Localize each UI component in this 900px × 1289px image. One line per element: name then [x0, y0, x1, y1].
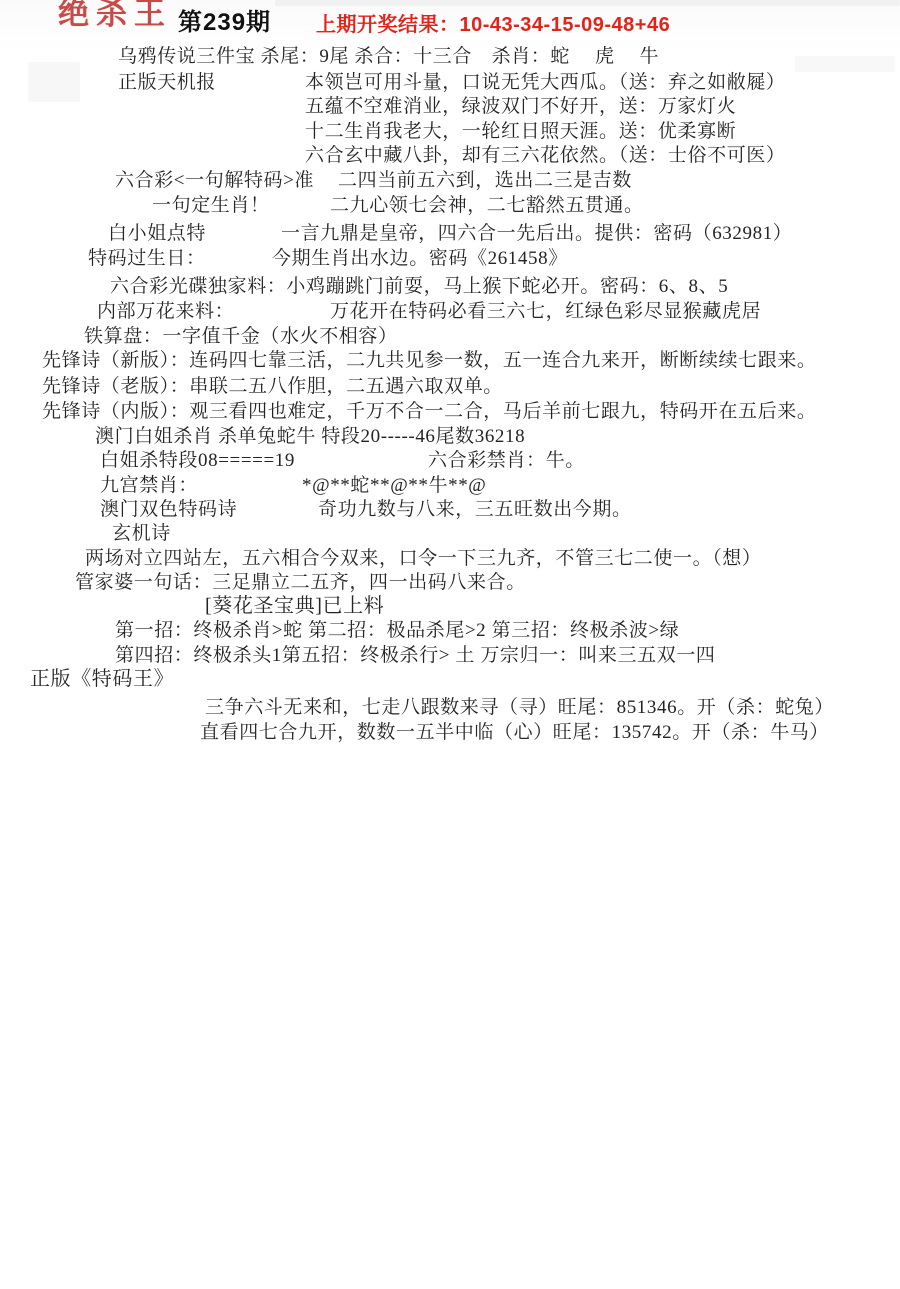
label-tema-wang: 正版《特码王》: [30, 667, 174, 691]
scan-artifact: [795, 56, 895, 72]
text-xuanji: 两场对立四站左，五六相合今双来，口令一下三九齐，不管三七二使一。（想）: [85, 547, 762, 571]
line-temawang-1: 三争六斗无来和，七走八跟数来寻（寻）旺尾：851346。开（杀：蛇兔）: [205, 696, 834, 720]
label-baixiaojie: 白小姐点特: [108, 222, 206, 246]
line-zhao-123: 第一招：终极杀肖>蛇 第二招：极品杀尾>2 第三招：终极杀波>绿: [115, 619, 679, 643]
last-draw-result: 上期开奖结果：10-43-34-15-09-48+46: [316, 13, 670, 37]
scan-artifact: [275, 0, 900, 6]
page-title: 绝杀王: [58, 2, 172, 26]
text-baixiaojie: 一言九鼎是皇帝，四六合一先后出。提供：密码（632981）: [281, 222, 792, 246]
label-wanhua: 内部万花来料：: [97, 300, 234, 324]
text-shuangse: 奇功九数与八来，三五旺数出今期。: [318, 498, 632, 522]
line-jinxiao: 六合彩禁肖：牛。: [428, 449, 585, 473]
label-xuanji: 玄机诗: [112, 522, 171, 546]
text-dingshengxiao: 二九心领七会神，二七豁然五贯通。: [330, 194, 644, 218]
scan-artifact: [28, 62, 80, 102]
label-dingshengxiao: 一句定生肖！: [152, 194, 270, 218]
poem-liuhe: 六合玄中藏八卦，却有三六花依然。（送：士俗不可医）: [305, 144, 786, 168]
label-jiete: 六合彩<一句解特码>准: [115, 169, 314, 193]
text-wanhua: 万花开在特码必看三六七，红绿色彩尽显猴藏虎居: [330, 300, 761, 324]
line-baijie-teduan: 白姐杀特段08=====19: [100, 449, 295, 473]
poem-wuyun: 五蕴不空难消业，绿波双门不好开，送：万家灯火: [305, 95, 736, 119]
line-zhao-45: 第四招：终极杀头1第五招：终极杀行> 土 万宗归一：叫来三五双一四: [115, 644, 716, 668]
line-guangdie: 六合彩光碟独家料：小鸡蹦跳门前耍，马上猴下蛇必开。密码：6、8、5: [110, 275, 728, 299]
line-kuihua: [葵花圣宝典]已上料: [205, 594, 384, 618]
line-xianfeng-new: 先锋诗（新版）：连码四七靠三活，二九共见参一数，五一连合九来开，断断续续七跟来。: [42, 349, 817, 373]
label-tianjibao: 正版天机报: [118, 71, 216, 95]
text-shengri: 今期生肖出水边。密码《261458》: [272, 247, 568, 271]
line-xianfeng-inner: 先锋诗（内版）：观三看四也难定，千万不合一二合，马后羊前七跟九，特码开在五后来。: [42, 400, 817, 424]
line-aomen-shaxiao: 澳门白姐杀肖 杀单兔蛇牛 特段20-----46尾数36218: [95, 425, 525, 449]
line-xianfeng-old: 先锋诗（老版）：串联二五八作胆，二五遇六取双单。: [42, 375, 503, 399]
line-wuya-sanjianbao: 乌鸦传说三件宝 杀尾：9尾 杀合：十三合 杀肖：蛇 虎 牛: [118, 45, 659, 69]
text-jiete: 二四当前五六到，选出二三是吉数: [338, 169, 632, 193]
label-jiugong: 九宫禁肖：: [100, 474, 198, 498]
tip-sheet-page: 绝杀王 第239期 上期开奖结果：10-43-34-15-09-48+46 乌鸦…: [0, 0, 900, 1289]
text-tianjibao: 本领岂可用斗量，口说无凭大西瓜。（送：弃之如敝屣）: [305, 71, 786, 95]
line-temawang-2: 直看四七合九开，数数一五半中临（心）旺尾：135742。开（杀：牛马）: [200, 721, 829, 745]
poem-shengxiao: 十二生肖我老大，一轮红日照天涯。送：优柔寡断: [305, 120, 736, 144]
issue-number: 第239期: [178, 11, 271, 35]
label-shengri: 特码过生日：: [88, 247, 206, 271]
line-tiesuanpan: 铁算盘：一字值千金（水火不相容）: [84, 325, 398, 349]
label-shuangse: 澳门双色特码诗: [100, 498, 237, 522]
line-guanjiapo: 管家婆一句话：三足鼎立二五齐，四一出码八来合。: [75, 571, 526, 595]
text-jiugong: *@**蛇**@**牛**@: [302, 474, 486, 498]
